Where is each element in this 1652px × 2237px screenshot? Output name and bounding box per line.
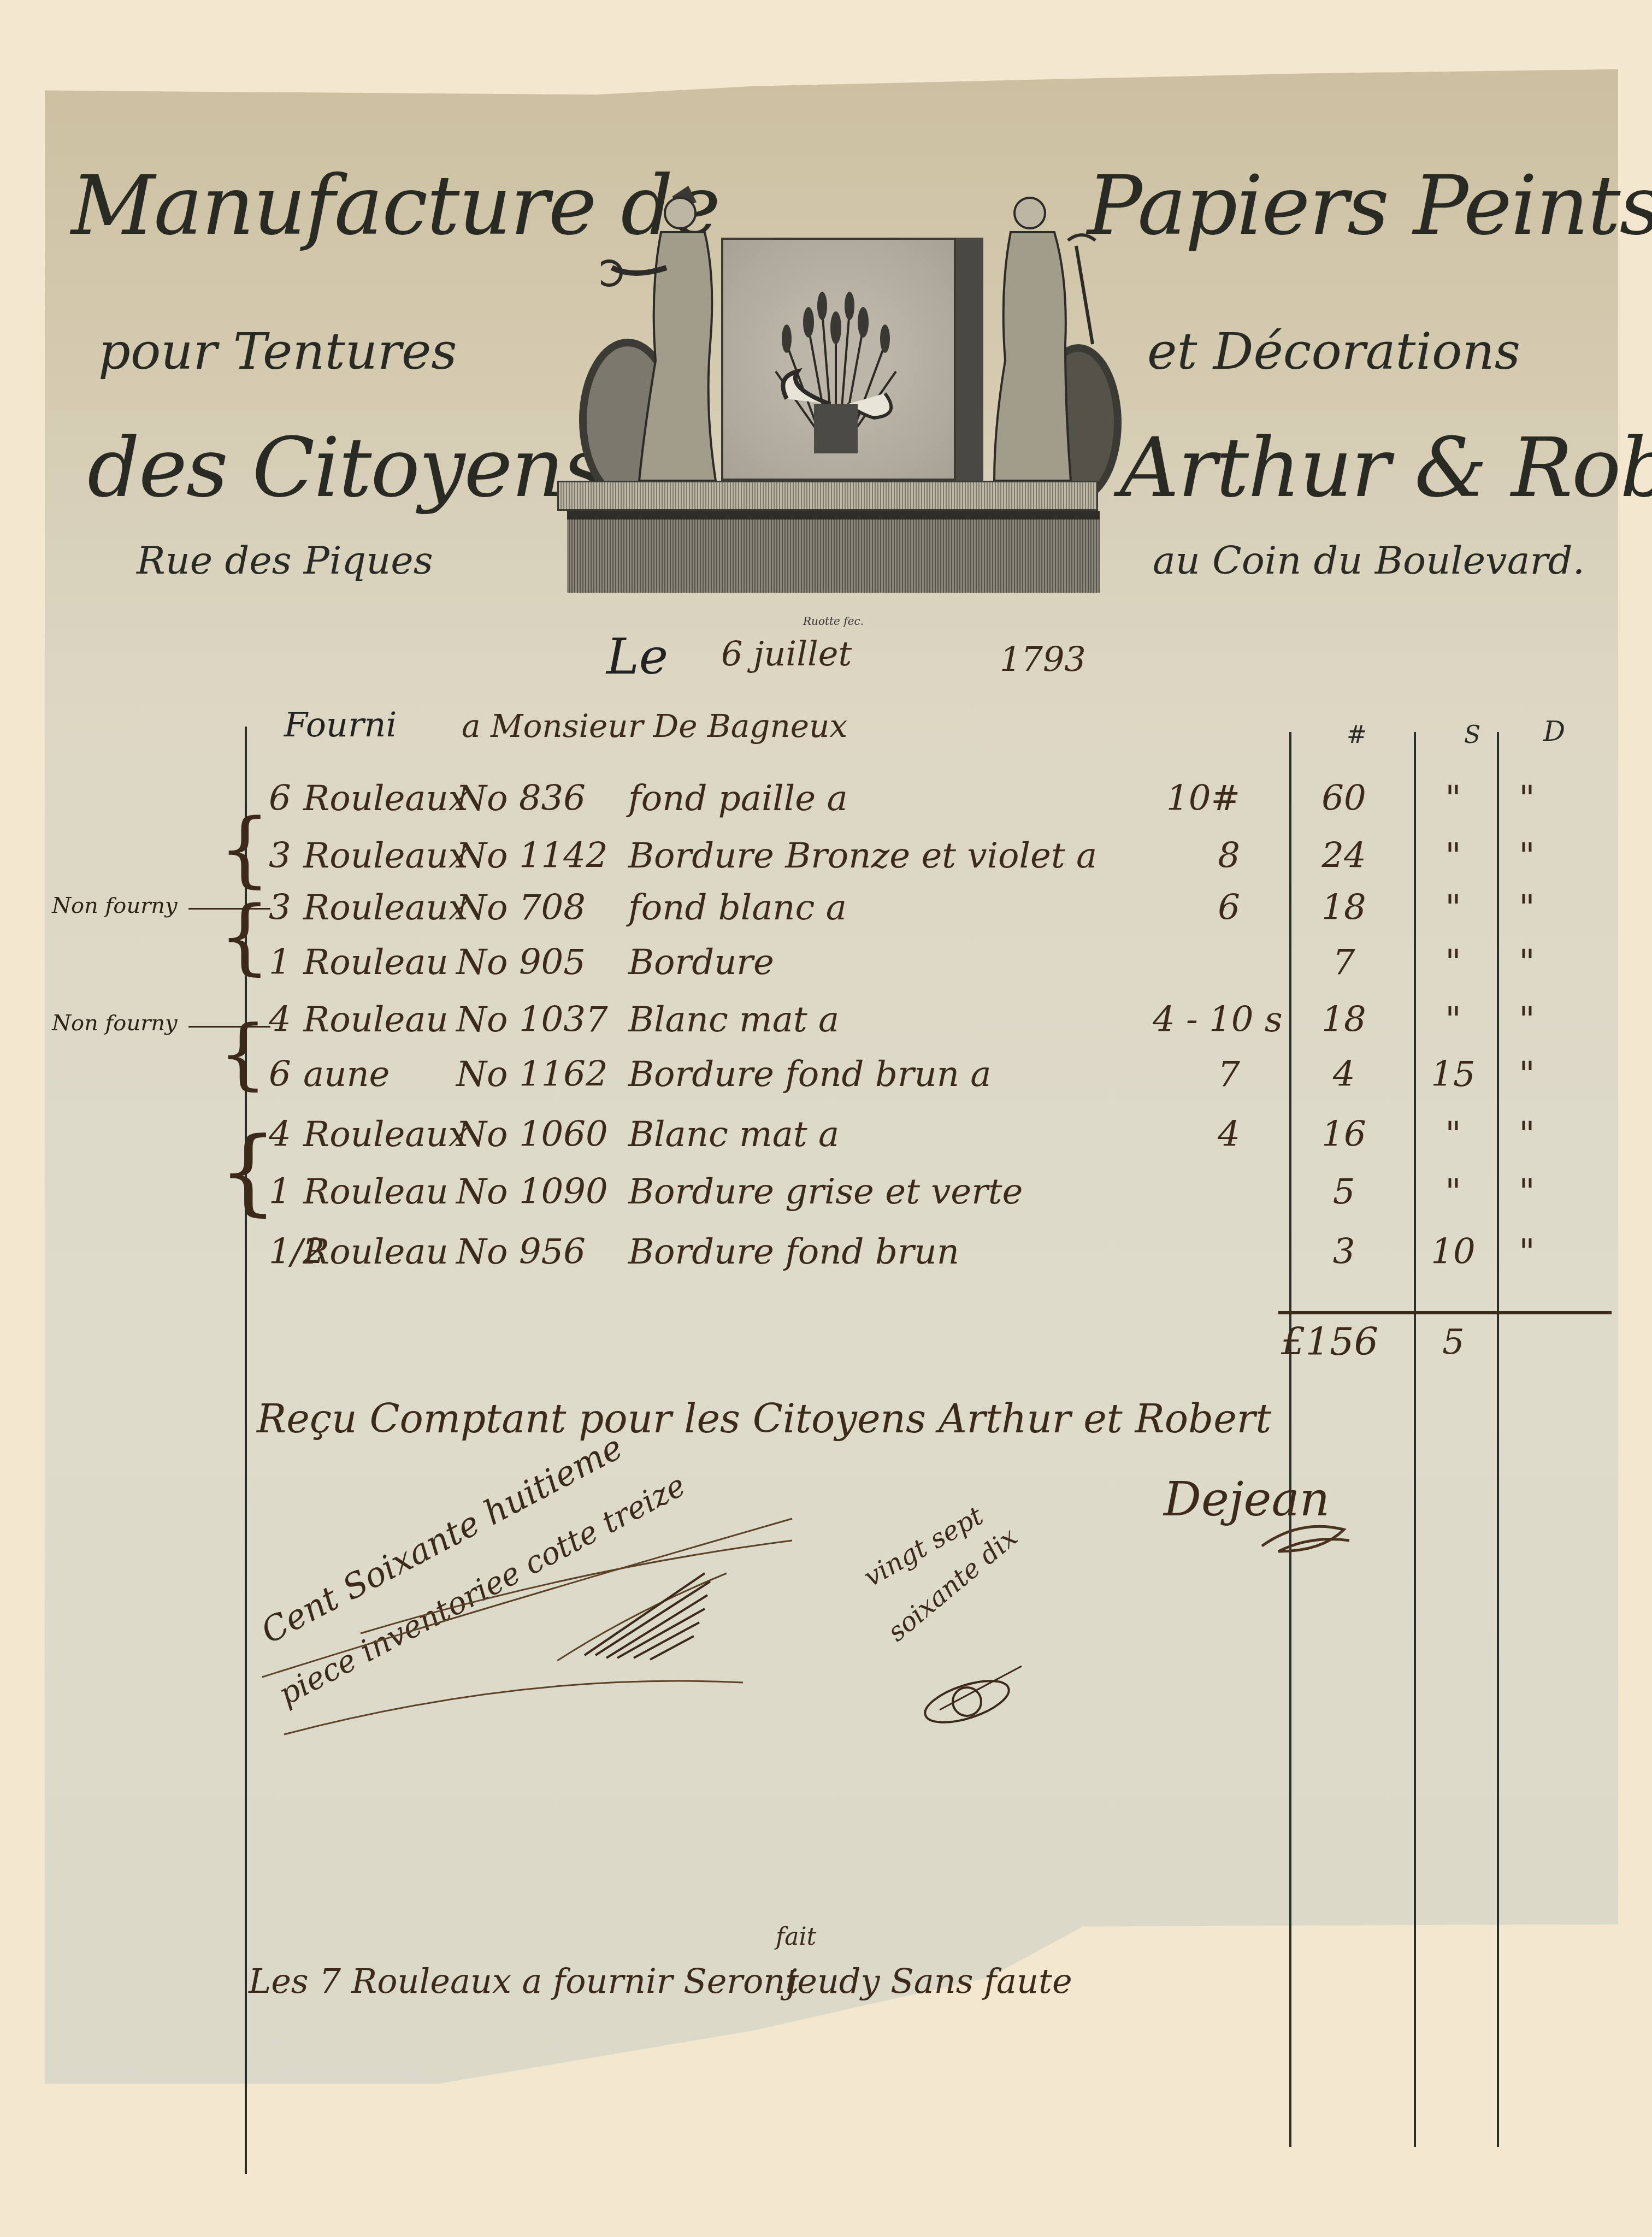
footer-note-text: Les 7 Rouleaux a fournir Seront (249, 1961, 799, 2001)
item-sols: " (1420, 888, 1486, 928)
item-description: Blanc mat a (628, 1000, 839, 1040)
item-deniers: " (1511, 836, 1543, 876)
footer-note-insert: fait (776, 1923, 816, 1951)
item-deniers: " (1511, 1232, 1543, 1272)
item-livres: 18 (1295, 1000, 1393, 1040)
mercury-figure-icon (972, 180, 1109, 486)
item-unit: Rouleau (303, 942, 449, 983)
letterhead-coin-boulevard: au Coin du Boulevard. (1153, 538, 1585, 583)
signature-flourish-icon (1256, 1513, 1355, 1557)
total-livres: £156 (1281, 1319, 1378, 1364)
item-deniers: " (1511, 888, 1543, 928)
item-livres: 3 (1295, 1232, 1393, 1272)
plinth-top (557, 481, 1098, 511)
header-sols: S (1464, 721, 1480, 749)
item-sols: 10 (1420, 1232, 1486, 1272)
item-number: No 1142 (456, 836, 608, 876)
item-number: No 1162 (456, 1054, 608, 1095)
margin-note-non-fourny: Non fourny (52, 893, 178, 918)
item-number: No 836 (456, 778, 586, 819)
item-description: Blanc mat a (628, 1114, 839, 1155)
item-description: Bordure fond brun a (628, 1054, 991, 1095)
item-rate: 10# (1153, 778, 1240, 819)
header-deniers: D (1543, 716, 1565, 747)
item-qty: 3 (269, 836, 291, 876)
item-number: No 905 (456, 942, 586, 983)
letterhead-rue-des-piques: Rue des Piques (137, 538, 433, 583)
brace-bracket: { (219, 896, 270, 978)
item-qty: 1 (269, 942, 291, 983)
item-description: Bordure (628, 942, 774, 983)
letterhead-arthur-robert: Arthur & Robert (1120, 421, 1652, 516)
item-qty: 6 (269, 778, 291, 819)
item-description: fond paille a (628, 778, 848, 819)
item-unit: Rouleau (303, 1172, 449, 1212)
item-deniers: " (1511, 1172, 1543, 1212)
date-year: 1793 (1000, 639, 1086, 679)
item-sols: " (1420, 1000, 1486, 1040)
item-deniers: " (1511, 1114, 1543, 1155)
item-unit: Rouleaux (303, 778, 468, 819)
item-livres: 16 (1295, 1114, 1393, 1155)
date-prefix: Le (606, 628, 668, 686)
item-rate: 6 (1153, 888, 1240, 928)
engraver-signature: Ruotte fec. (803, 615, 864, 628)
item-description: Bordure fond brun (628, 1232, 959, 1272)
item-number: No 708 (456, 888, 586, 928)
receipt-text: Reçu Comptant pour les Citoyens Arthur e… (257, 1396, 1271, 1442)
item-number: No 1060 (456, 1114, 608, 1155)
item-deniers: " (1511, 778, 1543, 819)
item-rate: 8 (1153, 836, 1240, 876)
item-description: fond blanc a (628, 888, 847, 928)
item-sols: " (1420, 778, 1486, 819)
item-unit: aune (303, 1054, 390, 1095)
item-description: Bordure grise et verte (628, 1172, 1023, 1212)
item-qty: 3 (269, 888, 291, 928)
item-livres: 7 (1295, 942, 1393, 983)
item-rate: 7 (1153, 1054, 1240, 1095)
total-rule (1278, 1311, 1612, 1314)
item-sols: " (1420, 836, 1486, 876)
item-number: No 956 (456, 1232, 586, 1272)
item-livres: 5 (1295, 1172, 1393, 1212)
item-unit: Rouleaux (303, 836, 468, 876)
letterhead-papiers-peints: Papiers Peints (1087, 158, 1652, 253)
item-livres: 4 (1295, 1054, 1393, 1095)
header-livres: # (1347, 721, 1367, 749)
brace-bracket: { (219, 1016, 267, 1093)
item-number: No 1090 (456, 1172, 608, 1212)
item-unit: Rouleau (303, 1000, 449, 1040)
letterhead-decorations: et Décorations (1147, 322, 1520, 381)
item-deniers: " (1511, 942, 1543, 983)
brace-bracket: { (219, 808, 270, 890)
line-item-row: 1/2 Rouleau No 956 Bordure fond brun 3 1… (0, 1232, 1652, 1303)
total-sols: 5 (1442, 1322, 1465, 1362)
brace-bracket: { (219, 1125, 278, 1218)
item-livres: 18 (1295, 888, 1393, 928)
item-unit: Rouleaux (303, 1114, 468, 1155)
margin-note-non-fourny: Non fourny (52, 1011, 178, 1036)
item-qty: 4 (269, 1000, 291, 1040)
engraved-vignette (557, 169, 1098, 585)
item-deniers: " (1511, 1054, 1543, 1095)
footer-note-text-end: jeudy Sans faute (787, 1961, 1072, 2001)
plinth-base (567, 511, 1100, 593)
item-number: No 1037 (456, 1000, 608, 1040)
item-unit: Rouleaux (303, 888, 468, 928)
item-sols: " (1420, 942, 1486, 983)
item-qty: 6 (269, 1054, 291, 1095)
minerva-figure-icon (601, 180, 737, 486)
item-sols: 15 (1420, 1054, 1486, 1095)
letterhead-des-citoyens: des Citoyens (87, 421, 604, 516)
item-livres: 60 (1295, 778, 1393, 819)
item-deniers: " (1511, 1000, 1543, 1040)
addressee-name: a Monsieur De Bagneux (462, 707, 847, 745)
item-rate: 4 (1153, 1114, 1240, 1155)
fourni-label: Fourni (284, 705, 397, 745)
item-sols: " (1420, 1172, 1486, 1212)
item-rate: 4 - 10 s (1153, 1000, 1240, 1040)
item-sols: " (1420, 1114, 1486, 1155)
wheat-sheaf-icon (765, 268, 907, 464)
strike-through-lines (251, 1486, 798, 1792)
item-description: Bordure Bronze et violet a (628, 836, 1097, 876)
date-day-month: 6 juillet (721, 634, 852, 674)
paraph-flourish-icon (918, 1661, 1027, 1726)
item-livres: 24 (1295, 836, 1393, 876)
item-unit: Rouleau (303, 1232, 449, 1272)
letterhead-pour-tentures: pour Tentures (98, 322, 457, 381)
